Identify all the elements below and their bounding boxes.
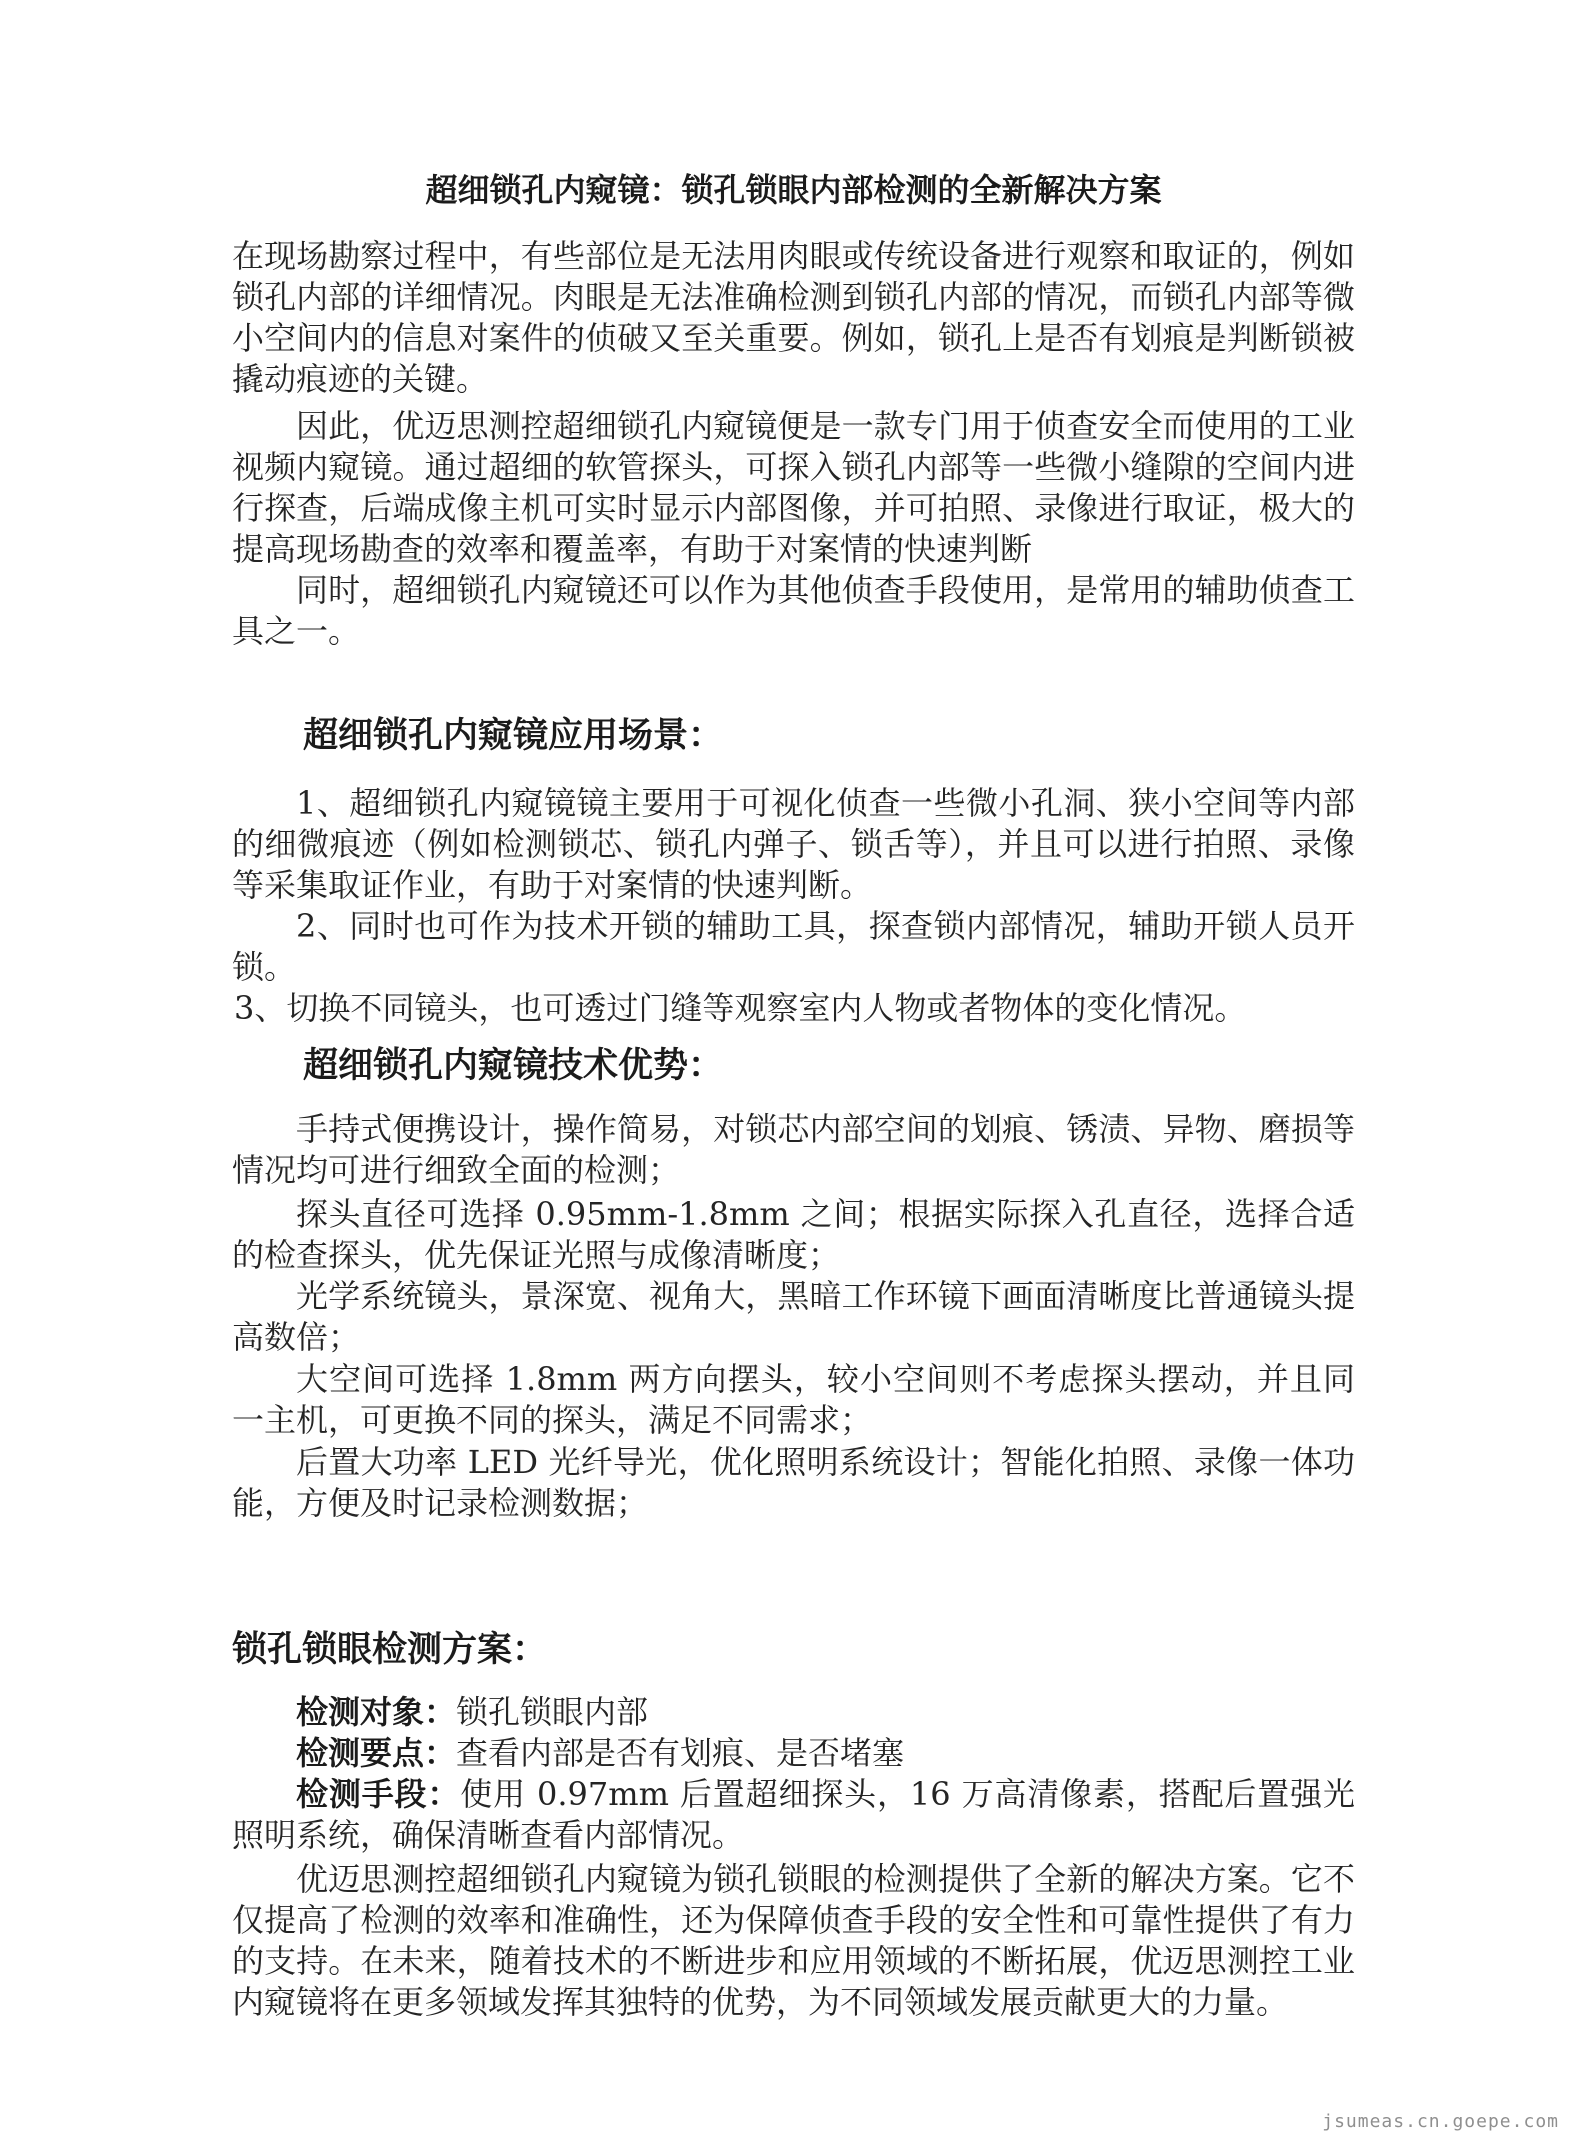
section-heading-detection-plan: 锁孔锁眼检测方案： bbox=[232, 1626, 1355, 1674]
scene-item-1: 1、超细锁孔内窥镜镜主要用于可视化侦查一些微小孔洞、狭小空间等内部的细微痕迹（例… bbox=[232, 783, 1355, 906]
watermark: jsumeas.cn.goepe.com bbox=[1322, 2111, 1559, 2132]
plan-row-target-label: 检测对象： bbox=[296, 1693, 456, 1731]
plan-row-keypoints: 检测要点：查看内部是否有划痕、是否堵塞 bbox=[232, 1733, 1355, 1774]
plan-row-method: 检测手段：使用 0.97mm 后置超细探头，16 万高清像素，搭配后置强光照明系… bbox=[232, 1774, 1355, 1856]
section-heading-technical-advantages: 超细锁孔内窥镜技术优势： bbox=[232, 1042, 1355, 1090]
advantage-item-4: 大空间可选择 1.8mm 两方向摆头，较小空间则不考虑探头摆动，并且同一主机，可… bbox=[232, 1359, 1355, 1441]
plan-row-target-value: 锁孔锁眼内部 bbox=[456, 1693, 648, 1731]
document-content: 超细锁孔内窥镜：锁孔锁眼内部检测的全新解决方案 在现场勘察过程中，有些部位是无法… bbox=[0, 0, 1587, 2023]
intro-paragraph-2: 因此，优迈思测控超细锁孔内窥镜便是一款专门用于侦查安全而使用的工业视频内窥镜。通… bbox=[232, 406, 1355, 570]
section-heading-application-scenes: 超细锁孔内窥镜应用场景： bbox=[232, 712, 1355, 760]
advantage-item-5: 后置大功率 LED 光纤导光，优化照明系统设计；智能化拍照、录像一体功能，方便及… bbox=[232, 1442, 1355, 1524]
intro-paragraph-1: 在现场勘察过程中，有些部位是无法用肉眼或传统设备进行观察和取证的，例如锁孔内部的… bbox=[232, 236, 1355, 400]
intro-paragraph-3: 同时，超细锁孔内窥镜还可以作为其他侦查手段使用，是常用的辅助侦查工具之一。 bbox=[232, 570, 1355, 652]
scene-item-3: 3、切换不同镜头，也可透过门缝等观察室内人物或者物体的变化情况。 bbox=[232, 988, 1355, 1029]
document-title: 超细锁孔内窥镜：锁孔锁眼内部检测的全新解决方案 bbox=[232, 167, 1355, 213]
plan-row-method-label: 检测手段： bbox=[296, 1775, 460, 1813]
advantage-item-3: 光学系统镜头，景深宽、视角大，黑暗工作环镜下画面清晰度比普通镜头提高数倍； bbox=[232, 1276, 1355, 1358]
advantage-item-1: 手持式便携设计，操作简易，对锁芯内部空间的划痕、锈渍、异物、磨损等情况均可进行细… bbox=[232, 1109, 1355, 1191]
advantage-item-2: 探头直径可选择 0.95mm-1.8mm 之间；根据实际探入孔直径，选择合适的检… bbox=[232, 1194, 1355, 1276]
document-page: 超细锁孔内窥镜：锁孔锁眼内部检测的全新解决方案 在现场勘察过程中，有些部位是无法… bbox=[0, 0, 1587, 2140]
closing-paragraph: 优迈思测控超细锁孔内窥镜为锁孔锁眼的检测提供了全新的解决方案。它不仅提高了检测的… bbox=[232, 1859, 1355, 2023]
plan-row-keypoints-label: 检测要点： bbox=[296, 1734, 456, 1772]
plan-row-keypoints-value: 查看内部是否有划痕、是否堵塞 bbox=[456, 1734, 904, 1772]
scene-item-2: 2、同时也可作为技术开锁的辅助工具，探查锁内部情况，辅助开锁人员开锁。 bbox=[232, 906, 1355, 988]
plan-row-target: 检测对象：锁孔锁眼内部 bbox=[232, 1692, 1355, 1733]
